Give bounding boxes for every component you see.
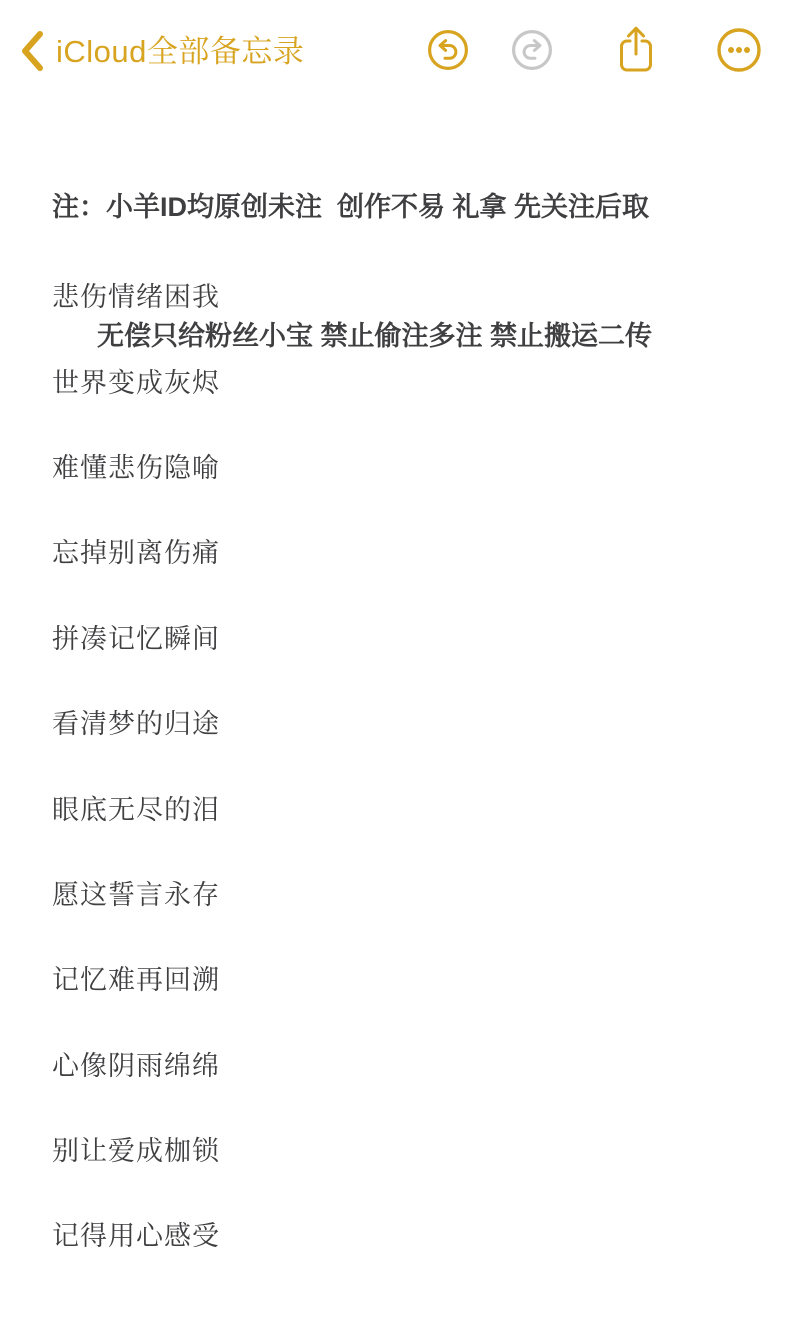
- navigation-bar: iCloud全部备忘录: [0, 0, 800, 100]
- lyric-line: 记得用心感受: [52, 1191, 752, 1276]
- note-disclaimer-line1: 注：小羊ID均原创未注 创作不易 礼拿 先关注后取: [52, 186, 752, 229]
- lyric-line: 眼底无尽的泪: [52, 764, 752, 849]
- undo-icon: [427, 29, 469, 71]
- notes-app-screen: iCloud全部备忘录: [0, 0, 800, 1331]
- lyric-line: 世界变成灰烬: [52, 337, 752, 422]
- share-button[interactable]: [608, 0, 664, 100]
- back-chevron-icon: [20, 30, 44, 72]
- share-icon: [616, 24, 656, 76]
- back-button[interactable]: iCloud全部备忘录: [20, 26, 304, 76]
- lyric-line: 看清梦的归途: [52, 679, 752, 764]
- lyrics-list[interactable]: 悲伤情绪困我 世界变成灰烬 难懂悲伤隐喻 忘掉别离伤痛 拼凑记忆瞬间 看清梦的归…: [52, 252, 752, 1277]
- redo-button[interactable]: [504, 0, 560, 100]
- lyric-line: 记忆难再回溯: [52, 935, 752, 1020]
- more-ellipsis-icon: [716, 27, 762, 73]
- lyric-line: 拼凑记忆瞬间: [52, 594, 752, 679]
- lyric-line: 忘掉别离伤痛: [52, 508, 752, 593]
- redo-icon: [511, 29, 553, 71]
- lyric-line: 心像阴雨绵绵: [52, 1021, 752, 1106]
- more-options-button[interactable]: [711, 0, 767, 100]
- lyric-line: 难懂悲伤隐喻: [52, 423, 752, 508]
- lyric-line: 别让爱成枷锁: [52, 1106, 752, 1191]
- lyric-line: 悲伤情绪困我: [52, 252, 752, 337]
- undo-button[interactable]: [420, 0, 476, 100]
- back-button-label: iCloud全部备忘录: [56, 36, 304, 67]
- lyric-line: 愿这誓言永存: [52, 850, 752, 935]
